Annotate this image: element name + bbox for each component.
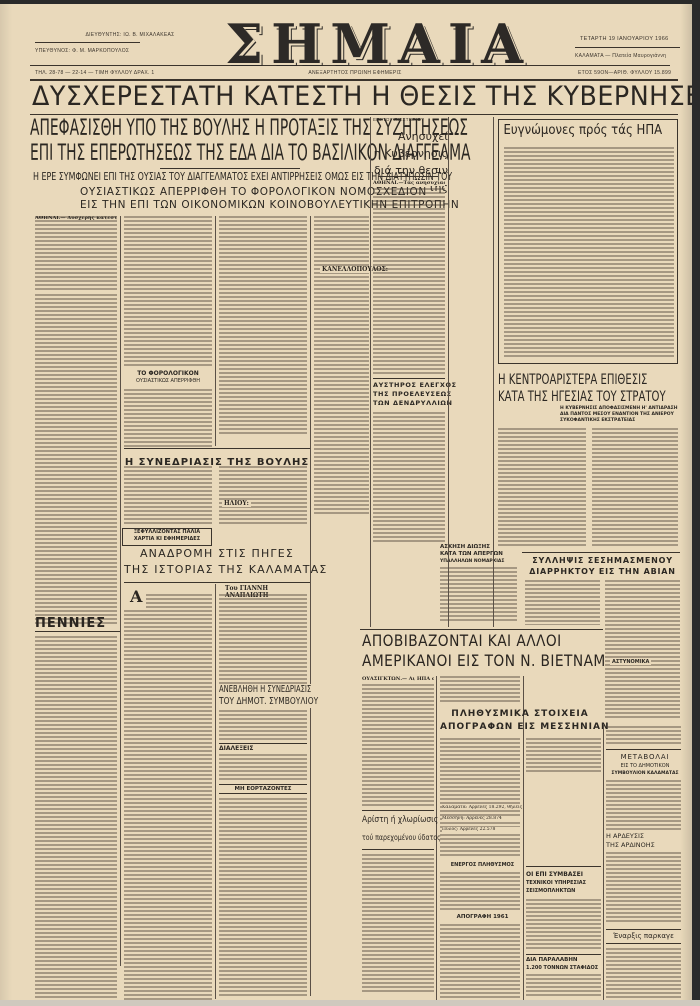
lectures-title: ΔΙΑΛΕΞΕΙΣ [219, 745, 307, 752]
raisin-rule [526, 954, 601, 955]
history-label-line2: ΧΑΡΤΙΑ ΚΙ ΕΦΗΜΕΡΙΔΕΣ [123, 536, 211, 543]
census-1961-title: ΑΠΟΓΡΑΦΗ 1961 [445, 914, 520, 920]
army-title-line1: Η ΚΕΝΤΡΟΑΡΙΣΤΕΡΑ ΕΠΙΘΕΣΙΣ [498, 372, 631, 389]
col-rule-4 [370, 117, 371, 627]
page-edge-shadow [692, 0, 700, 1006]
col-rule-1 [120, 216, 121, 966]
sidebar-title-line1: Ανησυχεί [373, 128, 448, 145]
council-body [219, 710, 307, 740]
lead-subhead: Η ΕΡΕ ΣΥΜΦΩΝΕΙ ΕΠΙ ΤΗΣ ΟΥΣΙΑΣ ΤΟΥ ΔΙΑΓΓΕ… [33, 171, 335, 183]
arrest-rule [522, 552, 680, 553]
banner-rule [30, 114, 678, 115]
center-title-line2: ΤΗΣ ΠΡΟΕΛΕΥΣΕΩΣ [373, 390, 448, 399]
nameday-body [219, 798, 307, 998]
seismic-body [526, 899, 601, 949]
director-credit: ΔΙΕΥΘΥΝΤΗΣ: ΙΩ. Β. ΜΙΧΑΛΑΚΕΑΣ [40, 32, 220, 38]
issue-number: ΕΤΟΣ 59ον—ΑΡΙΘ. ΦΥΛΛΟΥ 15.899 [578, 70, 688, 76]
raisin-body [526, 974, 601, 998]
col-rule-2 [215, 216, 216, 446]
census-title-line1: ΠΛΗΘΥΣΜΙΚΑ ΣΤΟΙΧΕΙΑ [440, 708, 600, 721]
lead-body-col3 [219, 216, 307, 436]
lead-deck-line2: ΕΙΣ ΤΗΝ ΕΠΙ ΤΩΝ ΟΙΚΟΝΟΜΙΚΩΝ ΚΟΙΝΟΒΟΥΛΕΥΤ… [80, 199, 380, 212]
vietnam-title-line2: ΑΜΕΡΙΚΑΝΟΙ ΕΙΣ ΤΟΝ Ν. ΒΙΕΤΝΑΜ [362, 651, 568, 671]
page-bottom-edge [0, 1000, 700, 1006]
seismic-title-line2: ΤΕΧΝΙΚΟΙ ΥΠΗΡΕΣΙΑΣ [526, 879, 604, 887]
masthead-title: ΣΗΜΑΙΑ [225, 16, 485, 72]
seismic-rule [526, 866, 601, 867]
editor-credit: ΥΠΕΥΘΥΝΟΣ: Φ. Μ. ΜΑΡΚΟΠΟΥΛΟΣ [35, 48, 225, 54]
census-body-col1 [440, 738, 520, 858]
raisin-title-line1: ΔΙΑ ΠΑΡΑΛΑΒΗΝ [526, 956, 604, 964]
changes-title-line3: ΣΥΜΒΟΥΛΙΟΝ ΚΑΛΑΜΑΤΑΣ [606, 770, 684, 777]
lead-dateline: ΑΘΗΝΑΙ.— Δυσχερής κατέστη ή θέσις τής Κυ… [35, 216, 117, 220]
history-title-line2: ΤΗΣ ΙΣΤΟΡΙΑΣ ΤΗΣ ΚΑΛΑΜΑΤΑΣ [124, 562, 310, 578]
header-divider [35, 42, 140, 43]
changes-rule [606, 749, 681, 750]
sidebar-title-line2: η Κυβέρνησις [373, 145, 448, 162]
lead-banner: ΔΥΣΧΕΡΕΣΤΑΤΗ ΚΑΤΕΣΤΗ Η ΘΕΣΙΣ ΤΗΣ ΚΥΒΕΡΝΗ… [32, 82, 634, 112]
census-pylos: Πύλος: Άρρενες 22.578 [442, 827, 522, 832]
active-population-title: ΕΝΕΡΓΟΣ ΠΛΗΘΥΣΜΟΣ [445, 862, 520, 868]
center-title-line1: ΑΥΣΤΗΡΟΣ ΕΛΕΓΧΟΣ [373, 381, 448, 390]
army-deck: Η ΚΥΒΕΡΝΗΣΙΣ ΑΠΟΦΑΣΙΣΜΕΝΗ Η' ΑΝΤΙΔΡΑΣΗ Δ… [560, 406, 680, 424]
arrest-body-col2 [605, 580, 680, 720]
council-title-line1: ΑΝΕΒΛΗΘΗ Η ΣΥΝΕΔΡΙΑΣΙΣ [219, 684, 282, 696]
tagline: ΑΝΕΞΑΡΤΗΤΟΣ ΠΡΩΙΝΗ ΕΦΗΜΕΡΙΣ [280, 70, 430, 76]
fiscal-title-line1: ΤΟ ΦΟΡΟΛΟΓΙΚΟΝ [124, 370, 212, 378]
center-body-2 [440, 567, 517, 622]
lead-body-col4 [314, 216, 369, 516]
parliament-body-col2 [219, 466, 307, 526]
arrest-body-col1 [525, 580, 600, 625]
sidebar-rule [378, 176, 438, 177]
raisin-title-line2: 1.200 ΤΟΝΝΩΝ ΣΤΑΦΙΔΟΣ [526, 964, 604, 972]
census-title-line2: ΑΠΟΓΡΑΦΩΝ ΕΙΣ ΜΕΣΣΗΝΙΑΝ [440, 721, 600, 734]
issue-date: ΤΕΤΑΡΤΗ 19 ΙΑΝΟΥΑΡΙΟΥ 1966 [580, 36, 680, 42]
sidebar-body [373, 180, 445, 375]
newspaper-page: ΔΙΕΥΘΥΝΤΗΣ: ΙΩ. Β. ΜΙΧΑΛΑΚΕΑΣ ΥΠΕΥΘΥΝΟΣ:… [0, 0, 692, 1000]
sidebar-kicker: ΕΠΙ ΤΟΥ ΠΙΕΣΤΗΡΙΟΥ [373, 117, 448, 122]
start-title: Έναρξις παρκαγε [606, 930, 681, 943]
nameday-box: ΜΗ ΕΟΡΤΑΖΟΝΤΕΣ [219, 784, 307, 794]
police-label: ΑΣΤΥΝΟΜΙΚΑ [610, 659, 651, 665]
headline-divider [160, 168, 300, 169]
vietnam-rule [360, 629, 603, 630]
parliament-body-col1 [124, 466, 212, 526]
changes-title-line2: ΕΙΣ ΤΟ ΔΗΜΟΤΙΚΟΝ [606, 762, 684, 770]
seismic-title-line1: ΟΙ ΕΠΙ ΣΥΜΒΑΣΕΙ [526, 870, 604, 879]
boxed-story-title: Ευγνώμονες πρός τάς ΗΠΑ [499, 120, 659, 142]
col-rule-9 [603, 724, 604, 1000]
phone-price: Τηλ. 28-78 — 22-14 — ΤΙΜΗ ΦΥΛΛΟΥ ΔΡΑΧ. 1 [35, 70, 235, 76]
vietnam-body-col1 [362, 676, 434, 806]
census-messini: Μεσσήνη: Άρρενες 28.874 [442, 816, 522, 821]
water-box: Αρίστη ή χλωρίωσις τού παρεχομένου ύδατο… [362, 810, 434, 850]
center-rule-1 [373, 378, 445, 379]
history-body-intro [146, 594, 212, 608]
col-rule-history [215, 584, 216, 999]
center-body-1 [373, 412, 445, 542]
speaker-iliou: ΗΛΙΟΥ: [222, 500, 251, 507]
water-title-line1: Αρίστη ή χλωρίωσις [362, 811, 425, 829]
center-title2-line3: ΥΠΑΛΛΗΛΩΝ ΝΟΜΑΡΧΙΑΣ [440, 558, 520, 565]
history-body-col1 [124, 610, 212, 1000]
history-body-col2 [219, 594, 307, 684]
army-title-line2: ΚΑΤΑ ΤΗΣ ΗΓΕΣΙΑΣ ΤΟΥ ΣΤΡΑΤΟΥ [498, 389, 631, 406]
location: ΚΑΛΑΜΑΤΑ — Πλατεία Μαυρογιάννη [575, 53, 685, 59]
lectures-body [219, 754, 307, 782]
dropcap: Α [130, 589, 142, 605]
start-box: Έναρξις παρκαγε [606, 929, 681, 944]
vietnam-body-col2 [440, 676, 520, 702]
council-title-line2: ΤΟΥ ΔΗΜΟΤ. ΣΥΜΒΟΥΛΙΟΥ [219, 696, 288, 708]
center-title2-line2: ΚΑΤΑ ΤΩΝ ΑΠΕΡΓΩΝ [440, 551, 520, 558]
weddings-title-line2: ΤΗΣ ΑΡΔΙΝΟΗΣ [606, 841, 684, 850]
parliament-rule [124, 448, 310, 449]
history-label-line1: ΞΕΦΥΛΛΙΖΟΝΤΑΣ ΠΑΛΙΑ [123, 529, 211, 536]
history-label-box: ΞΕΦΥΛΛΙΖΟΝΤΑΣ ΠΑΛΙΑ ΧΑΡΤΙΑ ΚΙ ΕΦΗΜΕΡΙΔΕΣ [122, 528, 212, 546]
water-body [362, 854, 434, 994]
lead-headline-line2: ΕΠΙ ΤΗΣ ΕΠΕΡΩΤΗΣΕΩΣ ΤΗΣ ΕΔΑ ΔΙΑ ΤΟ ΒΑΣΙΛ… [30, 141, 219, 166]
center-title-line3: ΤΩΝ ΔΕΝΔΡΥΛΛΙΩΝ [373, 399, 448, 408]
arrest-title-line2: ΔΙΑΡΡΗΚΤΟΥ ΕΙΣ ΤΗΝ ΑΒΙΑΝ [525, 566, 680, 577]
changes-title-line1: ΜΕΤΑΒΟΛΑΙ [606, 752, 684, 762]
lead-deck-line1: ΟΥΣΙΑΣΤΙΚΩΣ ΑΠΕΡΡΙΦΘΗ ΤΟ ΦΟΡΟΛΟΓΙΚΟΝ ΝΟΜ… [80, 186, 380, 199]
pennies-title: ΠΕΝΝΙΕΣ [35, 616, 120, 632]
col-rule-6 [493, 117, 494, 627]
water-title-line2: τού παρεχομένου ύδατος [362, 829, 418, 847]
left-col-text [35, 294, 117, 624]
lectures-rule [219, 743, 307, 744]
weddings-body [606, 852, 681, 922]
pennies-body [35, 636, 117, 1000]
header-divider-right [575, 47, 680, 48]
start-body [606, 948, 681, 998]
history-title-line1: ΑΝΑΔΡΟΜΗ ΣΤΙΣ ΠΗΓΕΣ [124, 546, 310, 562]
fiscal-title-line2: ΟΥΣΙΑΣΤΙΚΩΣ ΑΠΕΡΡΙΦΘΗ [124, 378, 212, 385]
lead-body-col2 [124, 216, 212, 366]
col-rule-5 [448, 117, 449, 627]
fiscal-body [124, 389, 212, 447]
sidebar-dateline: ΑΘΗΝΑΙ.—Τάς ανησυχίας της Κυβερνήσεως... [373, 180, 445, 186]
weddings-title-line1: Η ΑΡΔΕΥΣΙΣ [606, 832, 684, 841]
census-1961-body [440, 924, 520, 999]
vietnam-dateline: ΟΥΑΣΙΓΚΤΩΝ.— Αι ΗΠΑ απεστάλησαν νέας ενι… [362, 676, 434, 682]
army-body-col1 [498, 428, 586, 548]
history-rule [124, 582, 310, 583]
right-col-top-body [606, 726, 681, 746]
lead-headline-line1: ΑΠΕΦΑΣΙΣΘΗ ΥΠΟ ΤΗΣ ΒΟΥΛΗΣ Η ΠΡΟΤΑΞΙΣ ΤΗΣ… [30, 117, 219, 141]
col-rule-3 [310, 216, 311, 996]
nameday-title: ΜΗ ΕΟΡΤΑΖΟΝΤΕΣ [219, 785, 307, 793]
census-body-col2 [526, 738, 601, 774]
lead-body-col1 [35, 216, 117, 291]
boxed-story-body [504, 147, 674, 359]
census-kalamata: Καλαμάτα: Άρρενες 18.292, θήλεις 20.919 [442, 805, 522, 810]
vietnam-title-line1: ΑΠΟΒΙΒΑΖΟΝΤΑΙ ΚΑΙ ΑΛΛΟΙ [362, 631, 568, 651]
seismic-title-line3: ΣΕΙΣΜΟΠΛΗΚΤΩΝ [526, 887, 604, 895]
active-population-body [440, 872, 520, 912]
changes-body [606, 780, 681, 830]
army-body-col2 [592, 428, 678, 548]
arrest-title-line1: ΣΥΛΛΗΨΙΣ ΣΕΣΗΜΑΣΜΕΝΟΥ [525, 555, 680, 566]
